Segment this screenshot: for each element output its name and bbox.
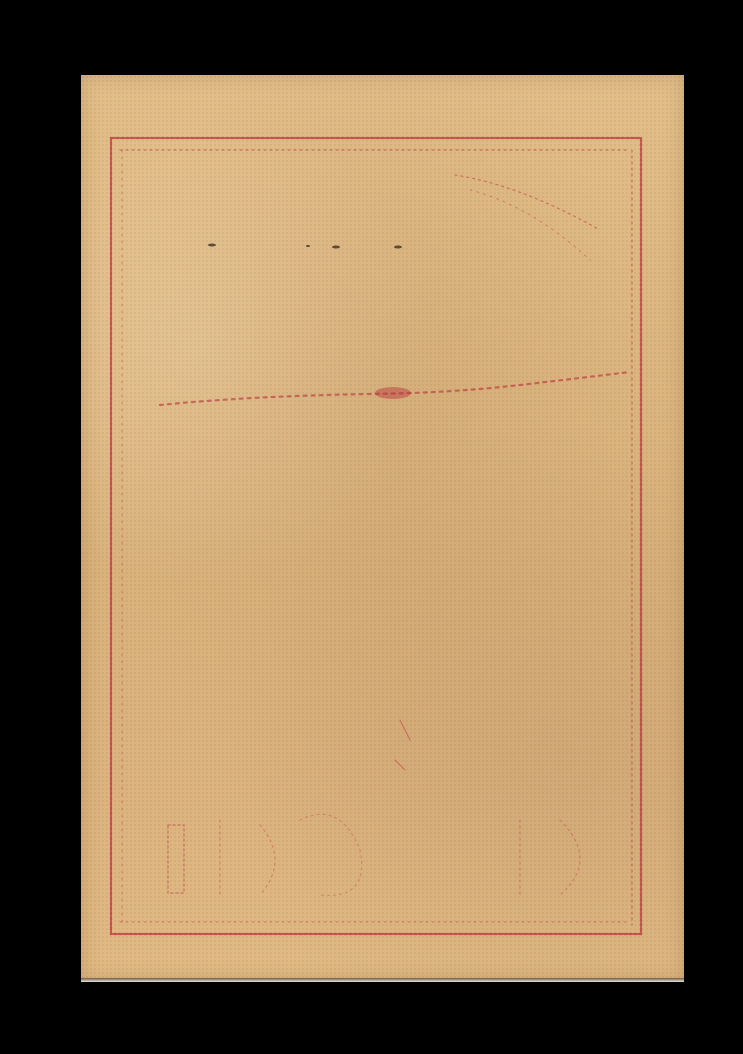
paper-bottom-edge	[81, 978, 684, 982]
red-frame-showthrough	[0, 0, 743, 1054]
